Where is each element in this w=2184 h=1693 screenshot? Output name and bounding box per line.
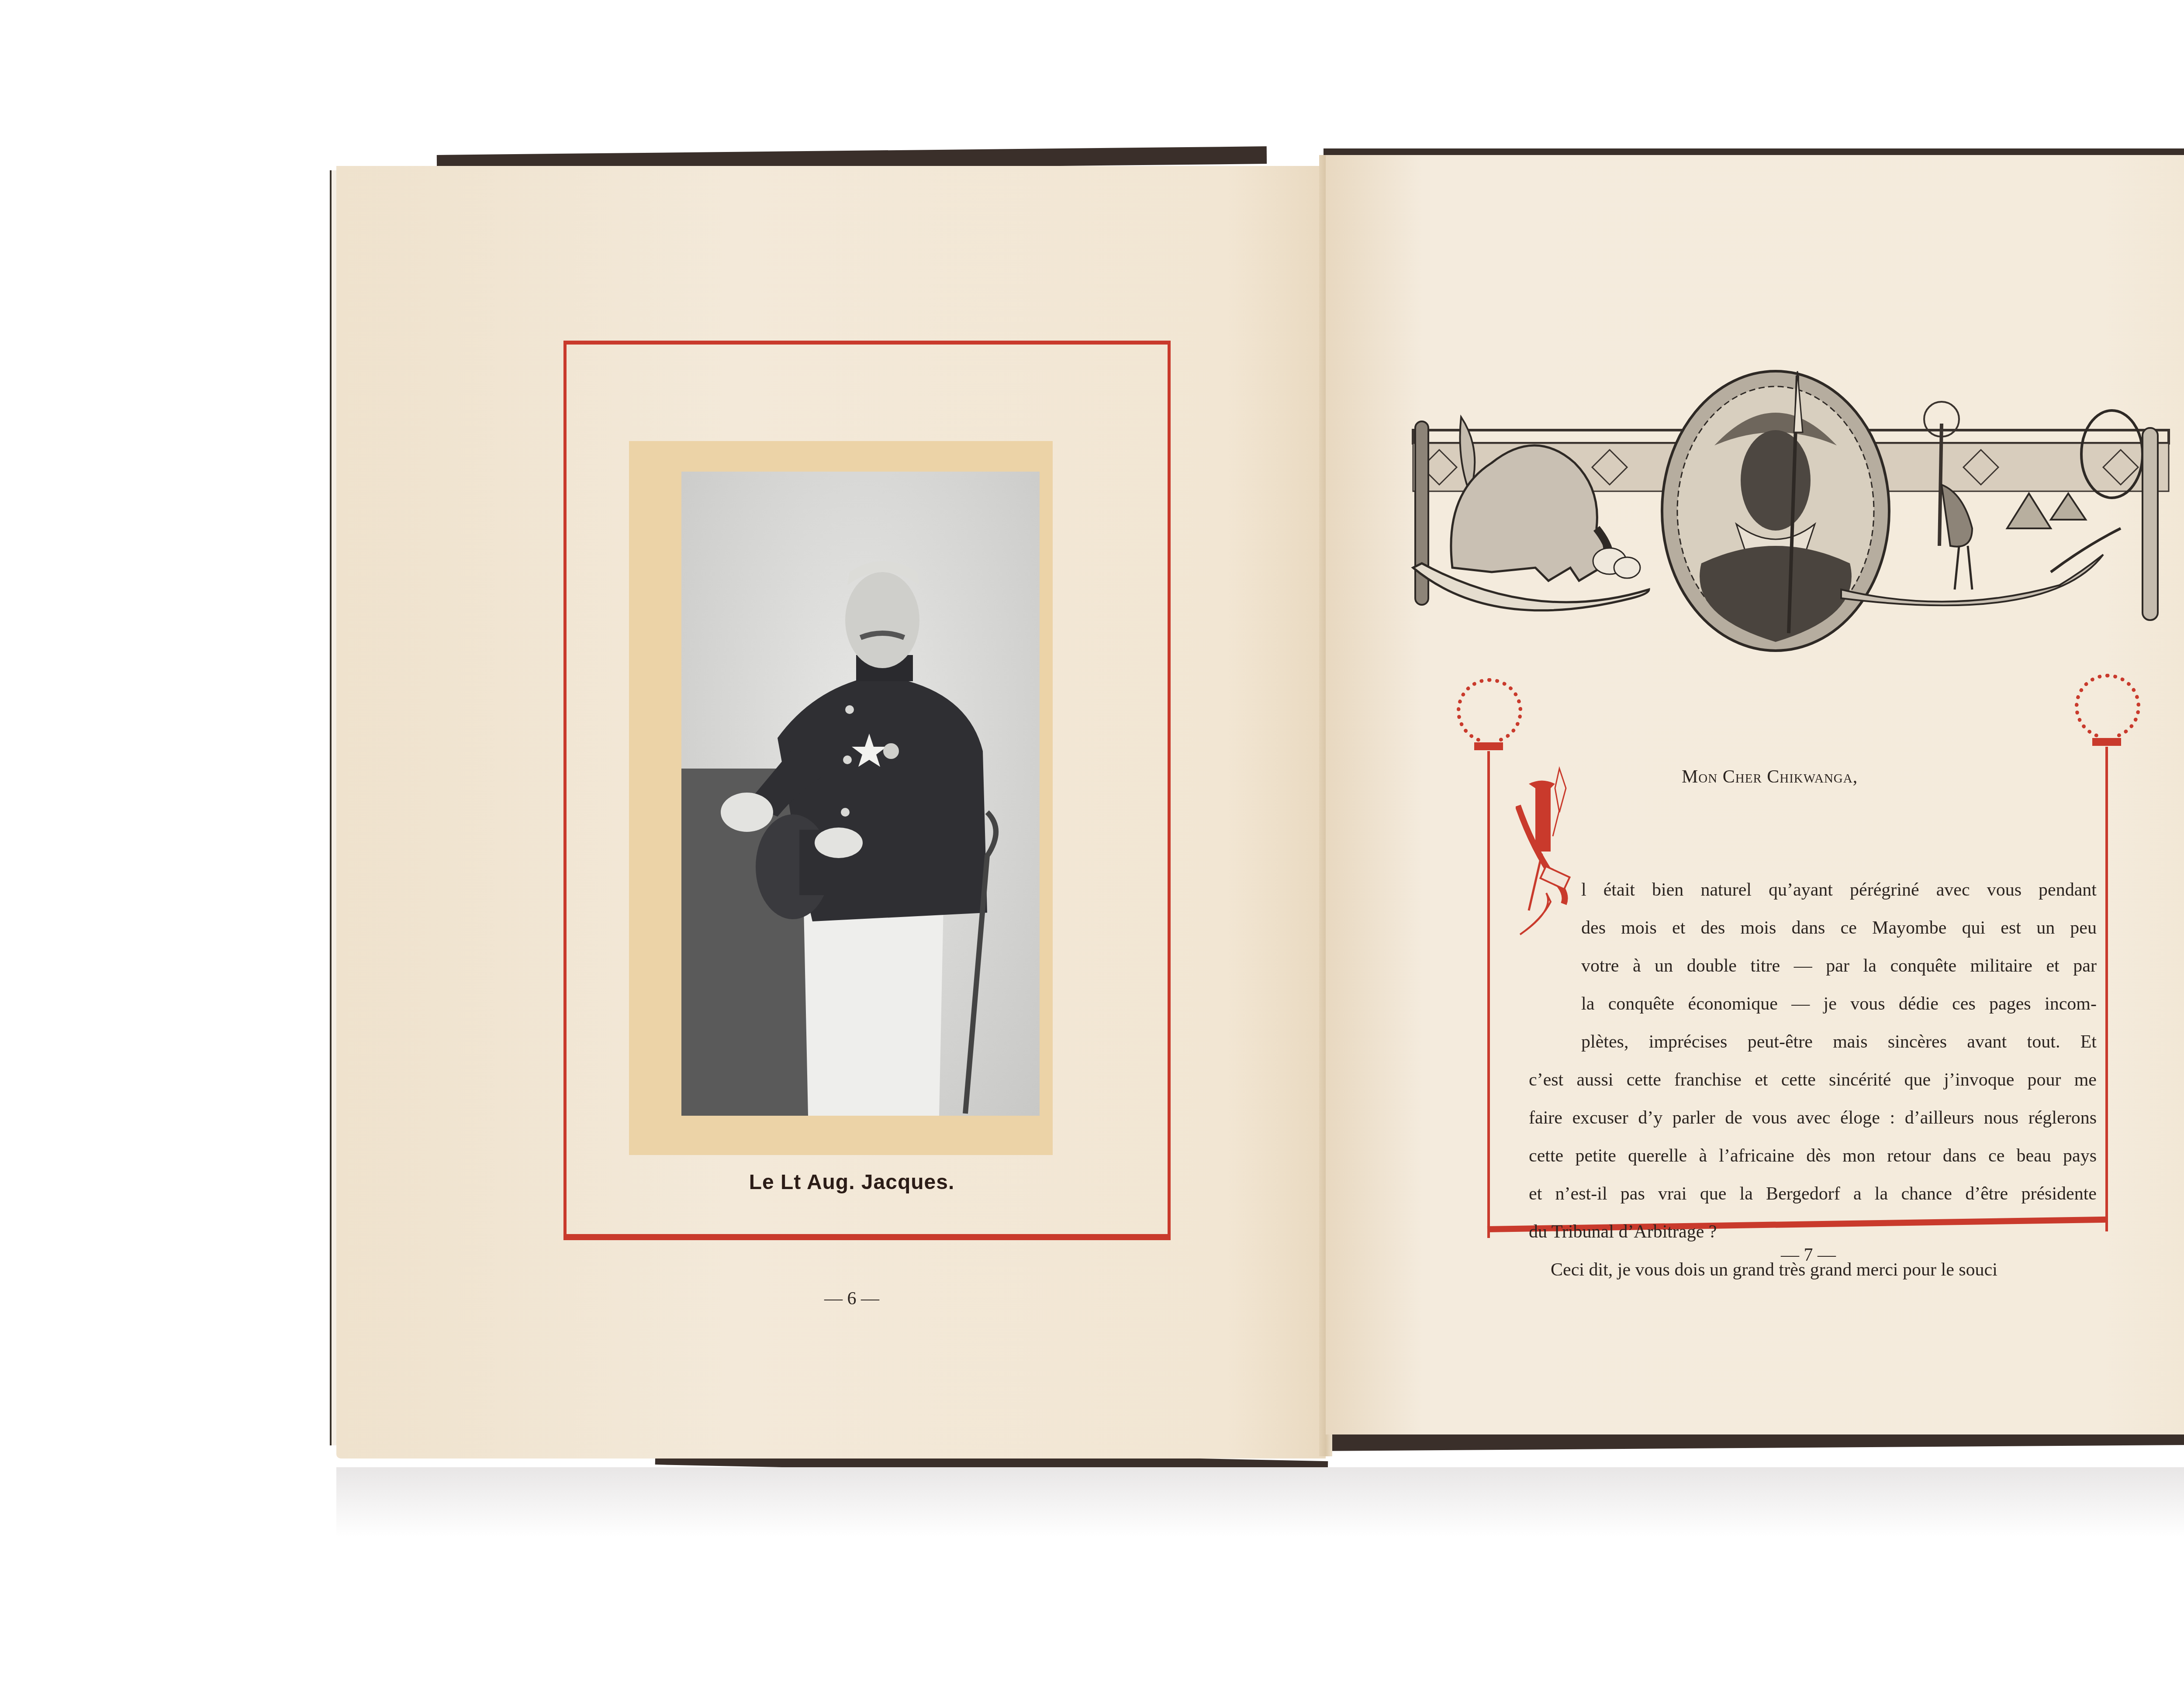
body-line-2: des mois et des mois dans ce Mayombe qui…: [1581, 909, 2097, 947]
book-shadow: [336, 1467, 2184, 1537]
body-line-6: c’est aussi cette franchise et cette sin…: [1529, 1061, 2097, 1099]
page-number-right: — 7 —: [1743, 1245, 1874, 1265]
dedication-letter-body: l était bien naturel qu’ayant pérégriné …: [1529, 871, 2097, 1289]
right-frame-right-line: [2105, 747, 2108, 1231]
officer-portrait-photo: [681, 472, 1040, 1116]
photo-caption: Le Lt Aug. Jacques.: [743, 1170, 961, 1194]
post-cap-left: [1474, 742, 1503, 750]
body-line-4: la conquête économique — je vous dédie c…: [1581, 985, 2097, 1023]
body-line-1: l était bien naturel qu’ayant pérégriné …: [1581, 871, 2097, 909]
body-line-5: plètes, imprécises peut-être mais sincèr…: [1581, 1023, 2097, 1061]
body-line-9: et n’est-il pas vrai que la Bergedorf a …: [1529, 1175, 2097, 1213]
post-cap-right: [2092, 738, 2121, 746]
right-frame-left-line: [1487, 751, 1490, 1238]
body-line-7: faire excuser d’y parler de vous avec él…: [1529, 1099, 2097, 1137]
body-line-8: cette petite querelle à l’africaine dès …: [1529, 1137, 2097, 1175]
body-line-3: votre à un double titre — par la conquêt…: [1581, 947, 2097, 985]
officer-portrait-illustration: [681, 472, 1040, 1116]
page-number-left: — 6 —: [786, 1288, 917, 1309]
african-vignette-illustration: [1404, 362, 2184, 668]
letter-salutation: Mon Cher Chikwanga,: [1682, 766, 1858, 787]
banner-engraving: [1404, 362, 2184, 668]
